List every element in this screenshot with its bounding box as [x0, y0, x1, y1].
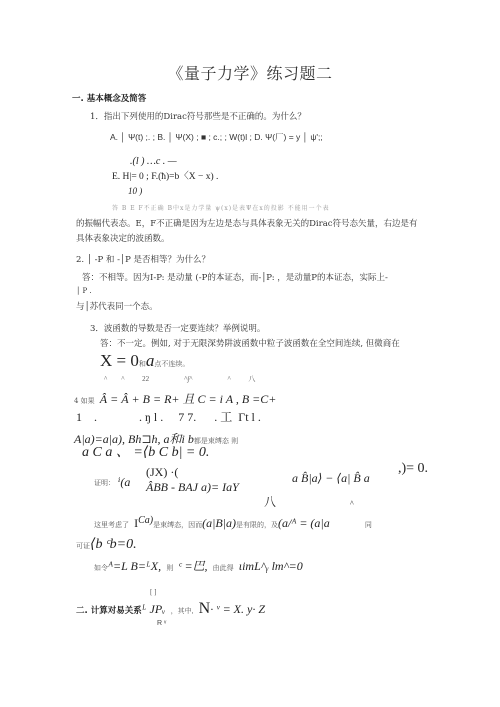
question-1-ef-bottom: 10 ) — [128, 187, 142, 196]
question-1-ef-options: E. H|= 0 ; F.(ħ)=b〈X − x) . — [112, 173, 218, 183]
page-title: 《量子力学》练习题二 — [0, 66, 500, 82]
proof-note-line-1: 这里考虑了 ICa)是束缚态，因而(a|B|a)是有限的，及(a/ᴬ = (a|… — [94, 514, 372, 530]
document-page: 《量子力学》练习题二 一. 基本概念及简答 1．指出下列使用的Dirac符号那些… — [0, 0, 500, 707]
question-2-answer-line-1b: │ P . — [76, 288, 92, 295]
question-4-line-1: 4 如果 Â = Â + B = R+ 且 C = i A , B =C+ — [74, 390, 276, 406]
question-1-answer-faded: 答 B E F不正确 B中x是力学量 ψ(x)是表Ψ在x的投影 不能用一个表 — [112, 206, 330, 212]
proof-right-side: a B̂|a⟩ − ⟨a| B̂ a — [292, 472, 370, 484]
question-4-line-3: A|a)=a|a), Bh⊐h, a和i b都是束缚态 则 — [74, 430, 238, 446]
proof-commutator-expression: ÂBB - BAJ a)= IaY — [146, 481, 239, 493]
proof-label: 证明： — [94, 480, 115, 487]
section-heading-basic-concepts: 一. 基本概念及简答 — [72, 95, 146, 104]
question-4-line-2: 1 . . ŋ l . 7 7. . 工 Γt l . — [76, 411, 261, 423]
proof-top-term: (JX) ·( — [146, 466, 178, 478]
question-1-answer-line-1: 的振幅代表态。E，F不正确是因为左边是态与具体表象无关的Dirac符号态矢量，右… — [76, 220, 418, 229]
question-1-answer-line-2: 具体表象决定的波函数。 — [76, 235, 170, 244]
section-2-heading-line: 二. 计算对易关系ᴸ JPᵥ ，其中, N· ᵛ = X. y· Z — [76, 600, 265, 617]
proof-bracket-a: ⁱ(a — [118, 476, 130, 488]
question-4-hat-markers: ^ ^ 22 ^∫^ ^ 八 — [104, 376, 255, 383]
question-1-options: A. │ Ψ(t) ;. ; B. │ Ψ(X) ; ■ ; c.; ; W(t… — [110, 133, 323, 142]
section-2-bracket: [ ] — [150, 589, 156, 596]
proof-note-line-3: 如令ᴬ=L B=ᴸX, 则 ᶜ =巴, 由此得 ιimL^ᵧ lm^=0 — [94, 557, 303, 573]
question-3-answer-line-2: X = 0和a点不连续。 — [100, 352, 189, 369]
question-3-answer-line-1: 答：不一定。例如, 对于无限深势阱波函数中粒子波函数在全空间连续, 但微商在 — [100, 340, 400, 349]
proof-hat-marker-1: 八 — [264, 496, 276, 508]
question-2-prompt: 2. │ -P 和 -│P 是否相等？为什么？ — [76, 256, 210, 265]
proof-result: ,)= 0. — [398, 462, 428, 476]
question-4-statement: a C a 、 =⟨b C b| = 0. — [82, 446, 209, 460]
question-2-answer-line-2: 与│苏代表同一个态。 — [76, 303, 158, 312]
proof-hat-marker-2: ^ — [350, 500, 354, 508]
question-1-ef-top: .(l ) …c . — — [130, 157, 177, 167]
section-heading-commutator: 二. 计算对易关系 — [76, 606, 142, 616]
question-1-prompt: 1．指出下列使用的Dirac符号那些是不正确的。为什么？ — [90, 113, 306, 122]
proof-note-line-2: 可证⟨b ᶜb=0. — [76, 535, 137, 552]
math-x-equals-zero: X = 0 — [100, 351, 139, 370]
section-2-subscript: R ᵛ — [157, 620, 166, 627]
question-2-answer-line-1: 答：不相等。因为I-P: 是动量 (-P的本证态，而-│P: ，是动量P的本证态… — [82, 274, 388, 283]
question-3-prompt: 3．波函数的导数是否一定要连续？举例说明。 — [90, 325, 265, 334]
